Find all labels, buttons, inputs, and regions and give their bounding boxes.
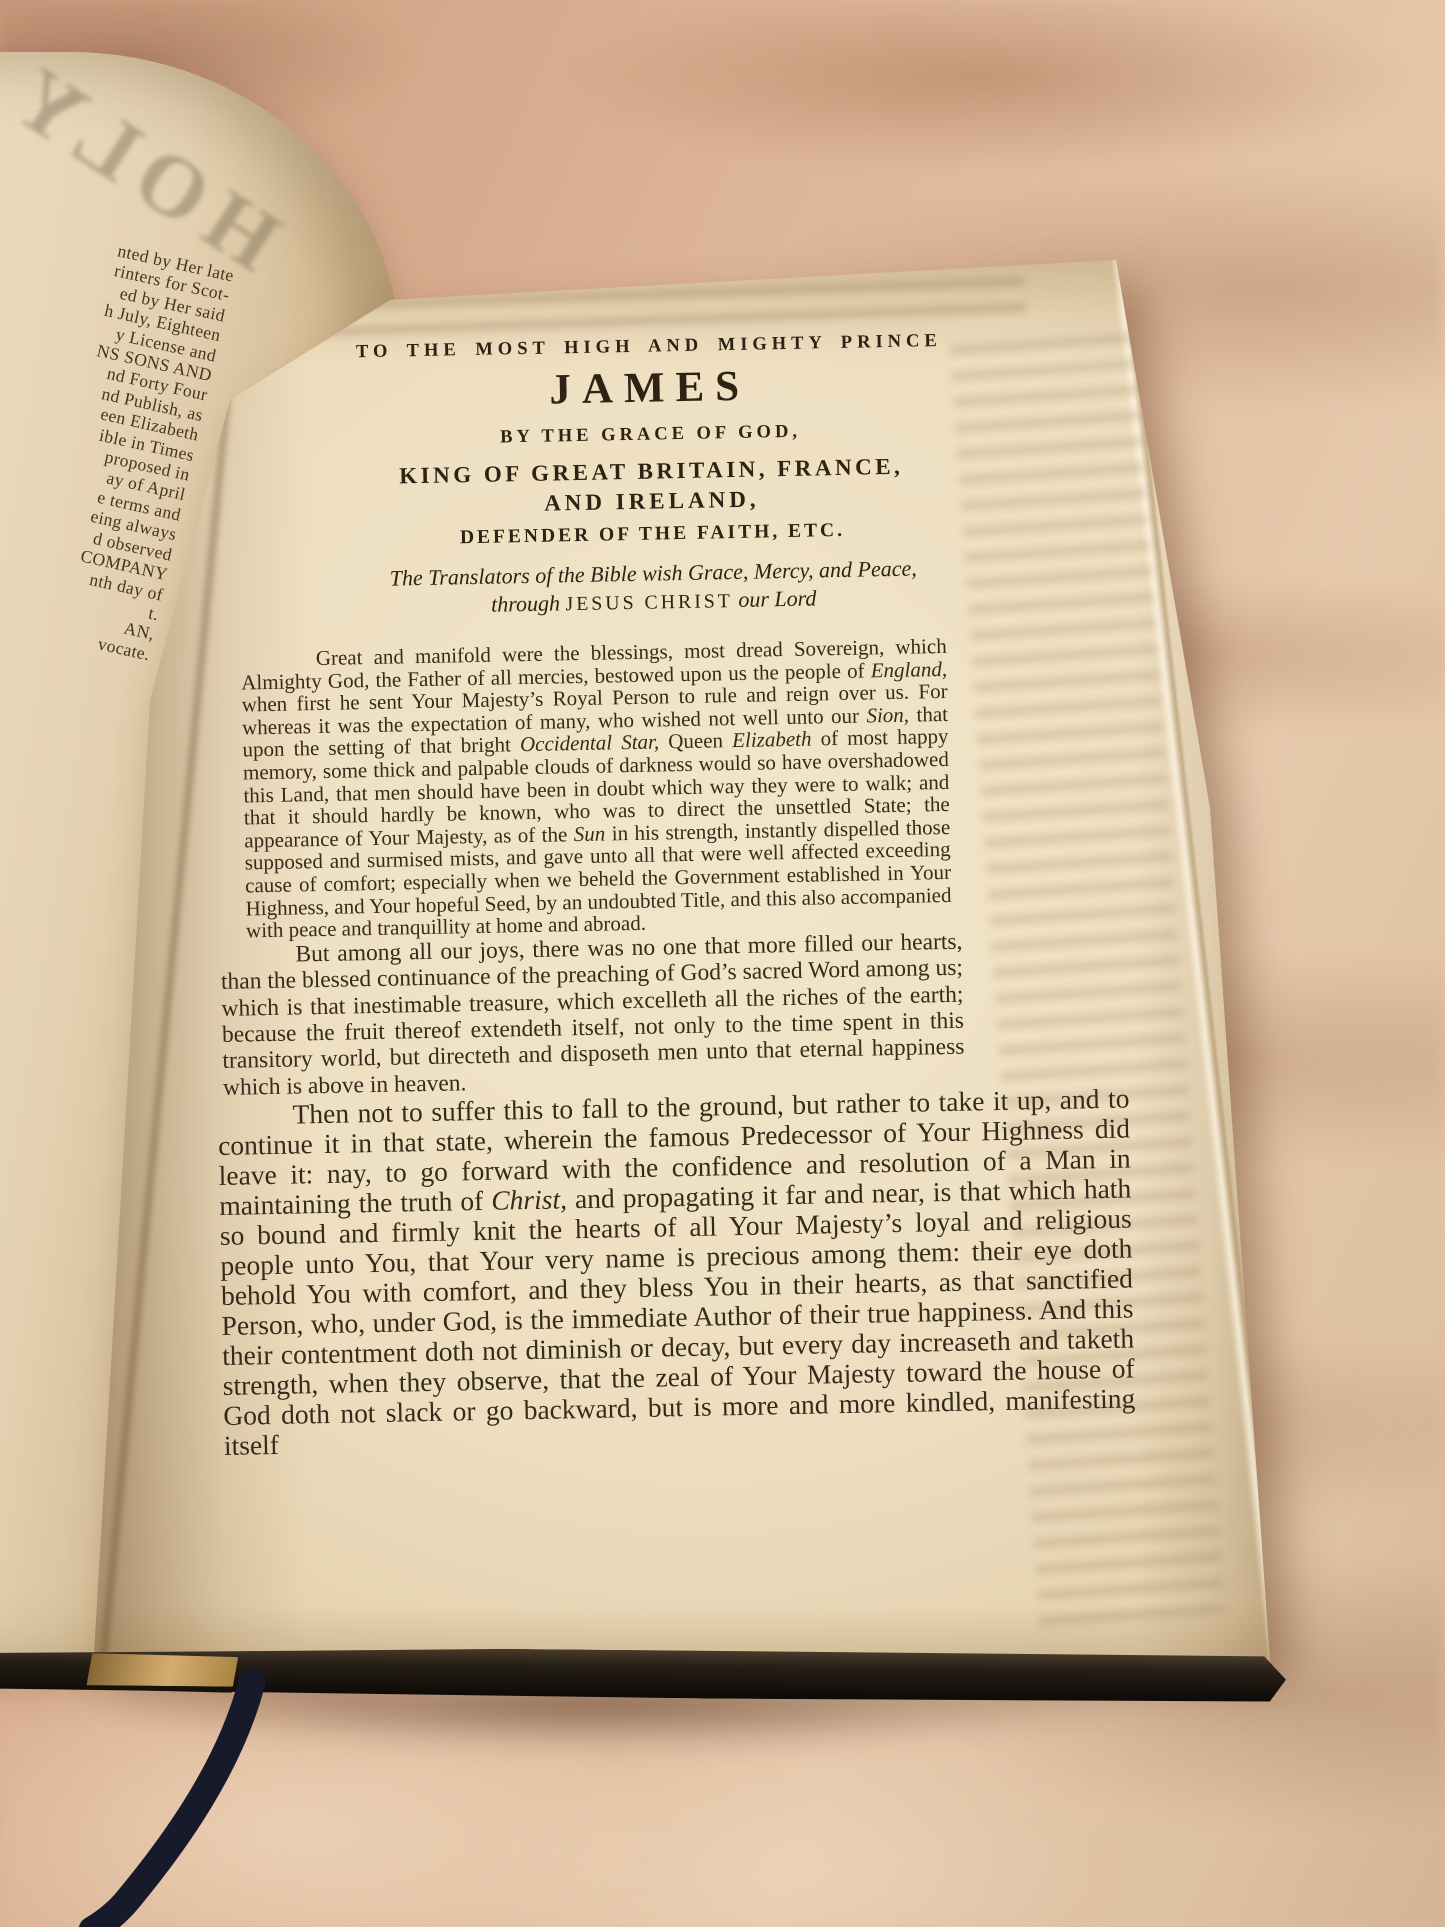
dedication-headings: TO THE MOST HIGH AND MIGHTY PRINCE JAMES… — [201, 328, 1102, 623]
dedication-text-block: TO THE MOST HIGH AND MIGHTY PRINCE JAMES… — [200, 291, 1182, 1461]
dedication-paragraph: But among all our joys, there was no one… — [220, 928, 965, 1101]
dedication-name: JAMES — [201, 355, 1098, 421]
spine-bottom-notch — [86, 1653, 238, 1693]
dedication-paragraph: Great and manifold were the blessings, m… — [241, 635, 953, 942]
dedication-body: Great and manifold were the blessings, m… — [207, 631, 1182, 1461]
dedication-paragraph: Then not to suffer this to fall to the g… — [217, 1084, 1136, 1461]
photo-of-open-bible: HOLY nted by Her late rinters for Scot- … — [0, 0, 1445, 1927]
right-page-wrap: TO THE MOST HIGH AND MIGHTY PRINCE JAMES… — [0, 0, 1445, 1927]
dedication-title-line3: DEFENDER OF THE FAITH, ETC. — [204, 515, 1100, 554]
dedication-grace-line: BY THE GRACE OF GOD, — [202, 416, 1098, 454]
book-cast-shadow — [0, 1690, 1340, 1785]
right-page: TO THE MOST HIGH AND MIGHTY PRINCE JAMES… — [70, 248, 1285, 1673]
